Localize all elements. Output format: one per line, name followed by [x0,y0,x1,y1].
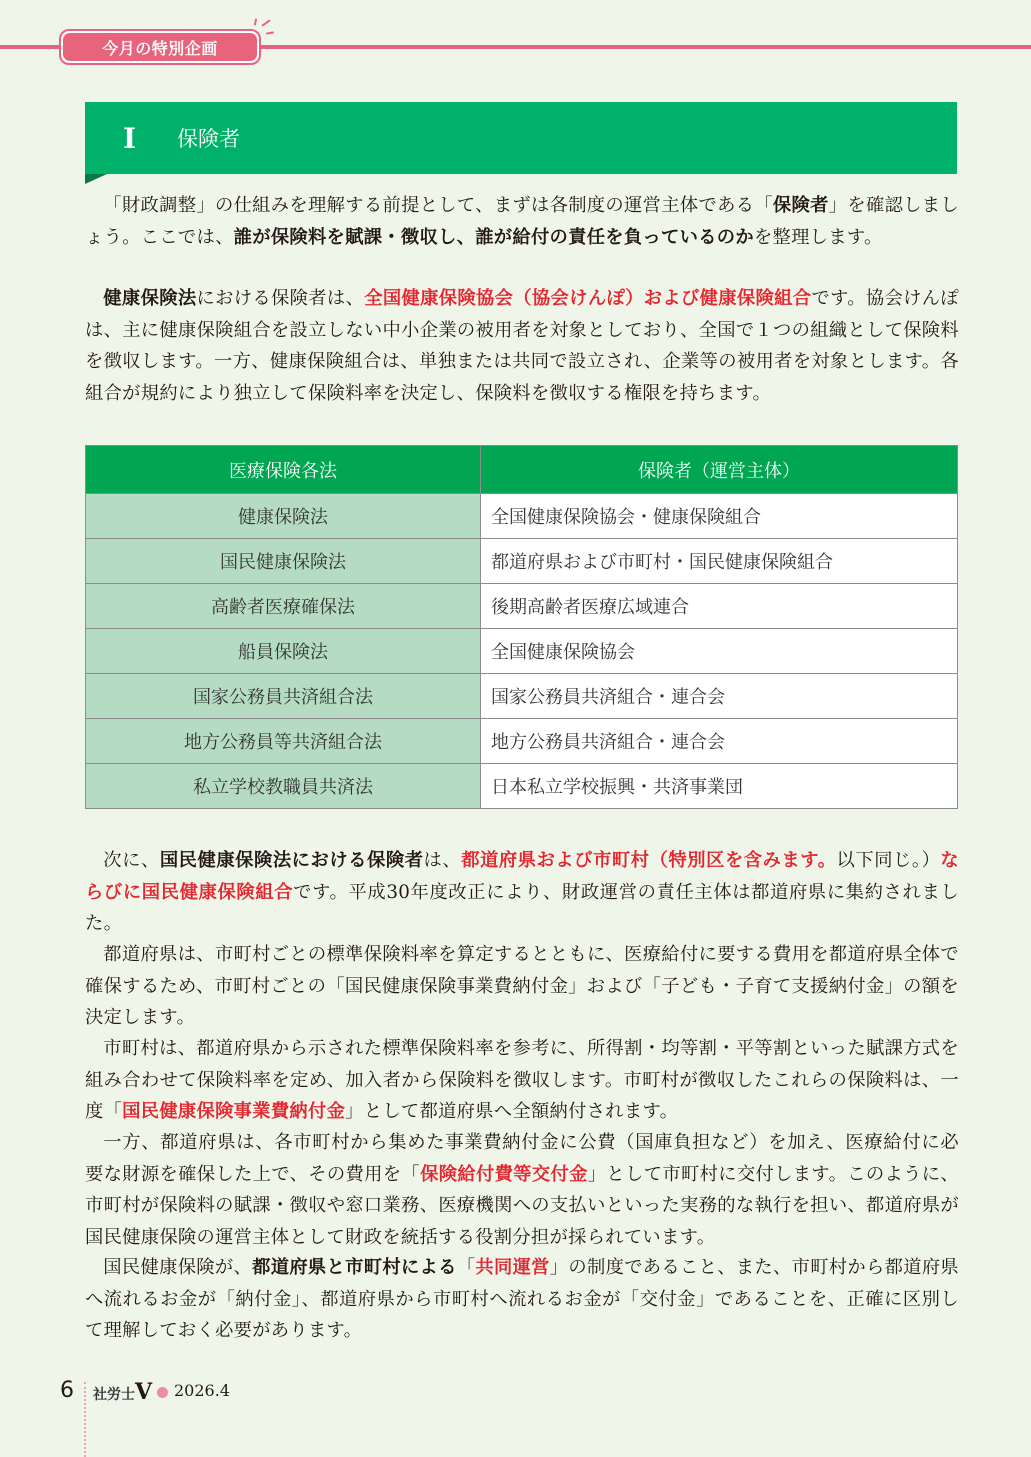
bullet-dot-icon [157,1387,168,1398]
table-row: 健康保険法 全国健康保険協会・健康保険組合 [86,494,958,539]
table-row: 国家公務員共済組合法 国家公務員共済組合・連合会 [86,674,958,719]
insurer-cell: 全国健康保険協会・健康保険組合 [481,494,958,539]
emphasis-text: 誰が保険料を賦課・徴収し、誰が給付の責任を負っているのか [234,227,754,248]
text: 次に、 [103,850,160,871]
law-cell: 私立学校教職員共済法 [86,764,481,809]
heading-fold-decoration [85,174,107,184]
section-heading: I 保険者 [85,102,957,174]
paragraph-intro: 「財政調整」の仕組みを理解する前提として、まずは各制度の運営主体である「保険者」… [85,190,959,253]
section-number: I [123,122,177,155]
feature-badge: 今月の特別企画 [59,29,261,65]
text: を整理します。 [754,227,883,248]
table-row: 高齢者医療確保法 後期高齢者医療広域連合 [86,584,958,629]
issue-date: 2026.4 [174,1381,230,1400]
magazine-logo: 社労士V [93,1379,152,1405]
paragraph-health-insurance-act: 健康保険法における保険者は、全国健康保険協会（協会けんぽ）および健康保険組合です… [85,283,959,409]
table-row: 地方公務員等共済組合法 地方公務員共済組合・連合会 [86,719,958,764]
emphasis-text: 国民健康保険法における保険者 [160,850,424,871]
text: 「 [457,1257,476,1278]
magazine-name: 社労士 [93,1387,135,1403]
highlight-text: 国民健康保険事業費納付金 [122,1101,345,1122]
law-cell: 国家公務員共済組合法 [86,674,481,719]
paragraph-prefecture-role: 都道府県は、市町村ごとの標準保険料率を算定するとともに、医療給付に要する費用を都… [85,939,959,1034]
section-title: 保険者 [177,123,240,153]
emphasis-text: 保険者 [773,195,829,216]
text: 」として都道府県へ全額納付されます。 [345,1101,678,1122]
table-row: 私立学校教職員共済法 日本私立学校振興・共済事業団 [86,764,958,809]
insurer-cell: 地方公務員共済組合・連合会 [481,719,958,764]
text: 国民健康保険が、 [103,1257,252,1278]
law-cell: 船員保険法 [86,629,481,674]
highlight-text: 都道府県および市町村（特別区を含みます。 [461,850,836,871]
magazine-suffix: V [135,1379,152,1405]
emphasis-text: 健康保険法 [103,288,196,309]
column-header-law: 医療保険各法 [86,446,481,494]
emphasis-text: 都道府県と市町村による [252,1257,457,1278]
column-header-insurer: 保険者（運営主体） [481,446,958,494]
table-row: 国民健康保険法 都道府県および市町村・国民健康保険組合 [86,539,958,584]
law-cell: 高齢者医療確保法 [86,584,481,629]
text: は、 [424,850,462,871]
insurer-cell: 後期高齢者医療広域連合 [481,584,958,629]
text: における保険者は、 [196,288,364,309]
insurer-cell: 日本私立学校振興・共済事業団 [481,764,958,809]
insurer-table: 医療保険各法 保険者（運営主体） 健康保険法 全国健康保険協会・健康保険組合 国… [85,445,958,809]
insurer-cell: 全国健康保険協会 [481,629,958,674]
law-cell: 健康保険法 [86,494,481,539]
paragraph-summary: 国民健康保険が、都道府県と市町村による「共同運営」の制度であること、また、市町村… [85,1252,959,1347]
law-cell: 国民健康保険法 [86,539,481,584]
table-header-row: 医療保険各法 保険者（運営主体） [86,446,958,494]
insurer-cell: 国家公務員共済組合・連合会 [481,674,958,719]
highlight-text: 全国健康保険協会（協会けんぽ）および健康保険組合 [364,288,811,309]
insurer-cell: 都道府県および市町村・国民健康保険組合 [481,539,958,584]
law-cell: 地方公務員等共済組合法 [86,719,481,764]
paragraph-municipality-role: 市町村は、都道府県から示された標準保険料率を参考に、所得割・均等割・平等割といっ… [85,1033,959,1128]
highlight-text: 共同運営 [475,1257,549,1278]
paragraph-nhi-insurer: 次に、国民健康保険法における保険者は、都道府県および市町村（特別区を含みます。以… [85,845,959,940]
paragraph-grant-flow: 一方、都道府県は、各市町村から集めた事業費納付金に公費（国庫負担など）を加え、医… [85,1127,959,1253]
highlight-text: 保険給付費等交付金 [420,1164,588,1185]
text: 以下同じ。） [837,850,941,871]
table-row: 船員保険法 全国健康保険協会 [86,629,958,674]
text: 「財政調整」の仕組みを理解する前提として、まずは各制度の運営主体である「 [103,195,773,216]
page-number: 6 [60,1378,74,1403]
feature-badge-label: 今月の特別企画 [63,33,257,61]
footer-dotted-rule [84,1382,86,1457]
